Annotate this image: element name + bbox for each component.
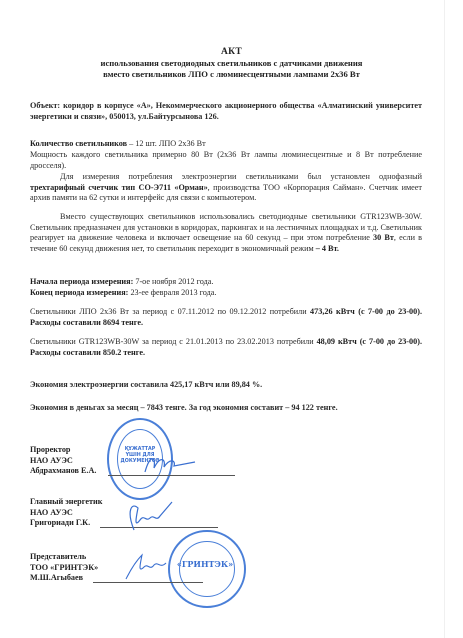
- object-paragraph: Объект: коридор в корпусе «А», Некоммерч…: [30, 101, 422, 122]
- stamp-grintek-text: «ГРИНТЭК»: [163, 560, 247, 569]
- led-result-text: Светильники GTR123WB-30W за период с 21.…: [30, 337, 317, 346]
- signature-scribble-1: [140, 452, 200, 477]
- period-start-value: 7-ое ноября 2012 года.: [135, 277, 213, 286]
- count-paragraph: Количество светильников – 12 шт. ЛПО 2х3…: [30, 139, 422, 150]
- led-result: Светильники GTR123WB-30W за период с 21.…: [30, 337, 422, 358]
- document-title: АКТ: [0, 47, 463, 58]
- period-end: Конец периода измерения: 23-ее февраля 2…: [30, 288, 422, 299]
- signer-1-name: Абдрахманов Е.А.: [30, 466, 96, 477]
- led-power-eco: – 4 Вт.: [316, 244, 339, 253]
- lpo-result-text: Светильники ЛПО 2х36 Вт за период с 07.1…: [30, 307, 310, 316]
- meter-paragraph: Для измерения потребления электроэнергии…: [30, 172, 422, 204]
- signer-3-role: Представитель: [30, 552, 98, 563]
- savings-energy: Экономия электроэнергии составила 425,17…: [30, 380, 422, 391]
- signature-block-1: Проректор НАО АУЭС Абдрахманов Е.А.: [30, 445, 96, 477]
- signer-1-org: НАО АУЭС: [30, 456, 96, 467]
- document-subtitle-2: вместо светильников ЛПО с люминесцентным…: [0, 69, 463, 80]
- signer-3-name: М.Ш.Агыбаев: [30, 573, 98, 584]
- stamp-grintek: [168, 530, 246, 608]
- object-label: Объект:: [30, 101, 60, 110]
- lpo-result: Светильники ЛПО 2х36 Вт за период с 07.1…: [30, 307, 422, 328]
- signature-block-3: Представитель ТОО «ГРИНТЭК» М.Ш.Агыбаев: [30, 552, 98, 584]
- signer-1-role: Проректор: [30, 445, 96, 456]
- object-text: коридор в корпусе «А», Некоммерческого а…: [30, 101, 422, 121]
- savings-money: Экономия в деньгах за месяц – 7843 тенге…: [30, 403, 422, 414]
- signer-2-org: НАО АУЭС: [30, 508, 102, 519]
- signature-block-2: Главный энергетик НАО АУЭС Григориади Г.…: [30, 497, 102, 529]
- meter-model: трехтарифный счетчик тип СО-Э711 «Орман»: [30, 183, 208, 192]
- period-start-label: Начала периода измерения:: [30, 277, 133, 286]
- page-edge: [444, 0, 445, 638]
- document-header: АКТ использования светодиодных светильни…: [0, 47, 463, 80]
- count-label: Количество светильников: [30, 139, 127, 148]
- count-value: – 12 шт. ЛПО 2х36 Вт: [129, 139, 206, 148]
- signer-2-role: Главный энергетик: [30, 497, 102, 508]
- document-subtitle-1: использования светодиодных светильников …: [0, 58, 463, 69]
- signer-3-org: ТОО «ГРИНТЭК»: [30, 563, 98, 574]
- period-start: Начала периода измерения: 7-ое ноября 20…: [30, 277, 422, 288]
- meter-intro: Для измерения потребления электроэнергии…: [60, 172, 422, 181]
- led-text-1: Вместо существующих светильников использ…: [30, 212, 422, 242]
- period-end-label: Конец периода измерения:: [30, 288, 128, 297]
- led-power-active: 30 Вт: [373, 233, 394, 242]
- signer-2-name: Григориади Г.К.: [30, 518, 102, 529]
- signature-scribble-2: [120, 500, 180, 535]
- signature-scribble-3: [122, 553, 172, 583]
- document-page: АКТ использования светодиодных светильни…: [0, 0, 463, 638]
- power-paragraph: Мощность каждого светильника примерно 80…: [30, 150, 422, 171]
- led-paragraph: Вместо существующих светильников использ…: [30, 212, 422, 254]
- period-end-value: 23-ее февраля 2013 года.: [130, 288, 216, 297]
